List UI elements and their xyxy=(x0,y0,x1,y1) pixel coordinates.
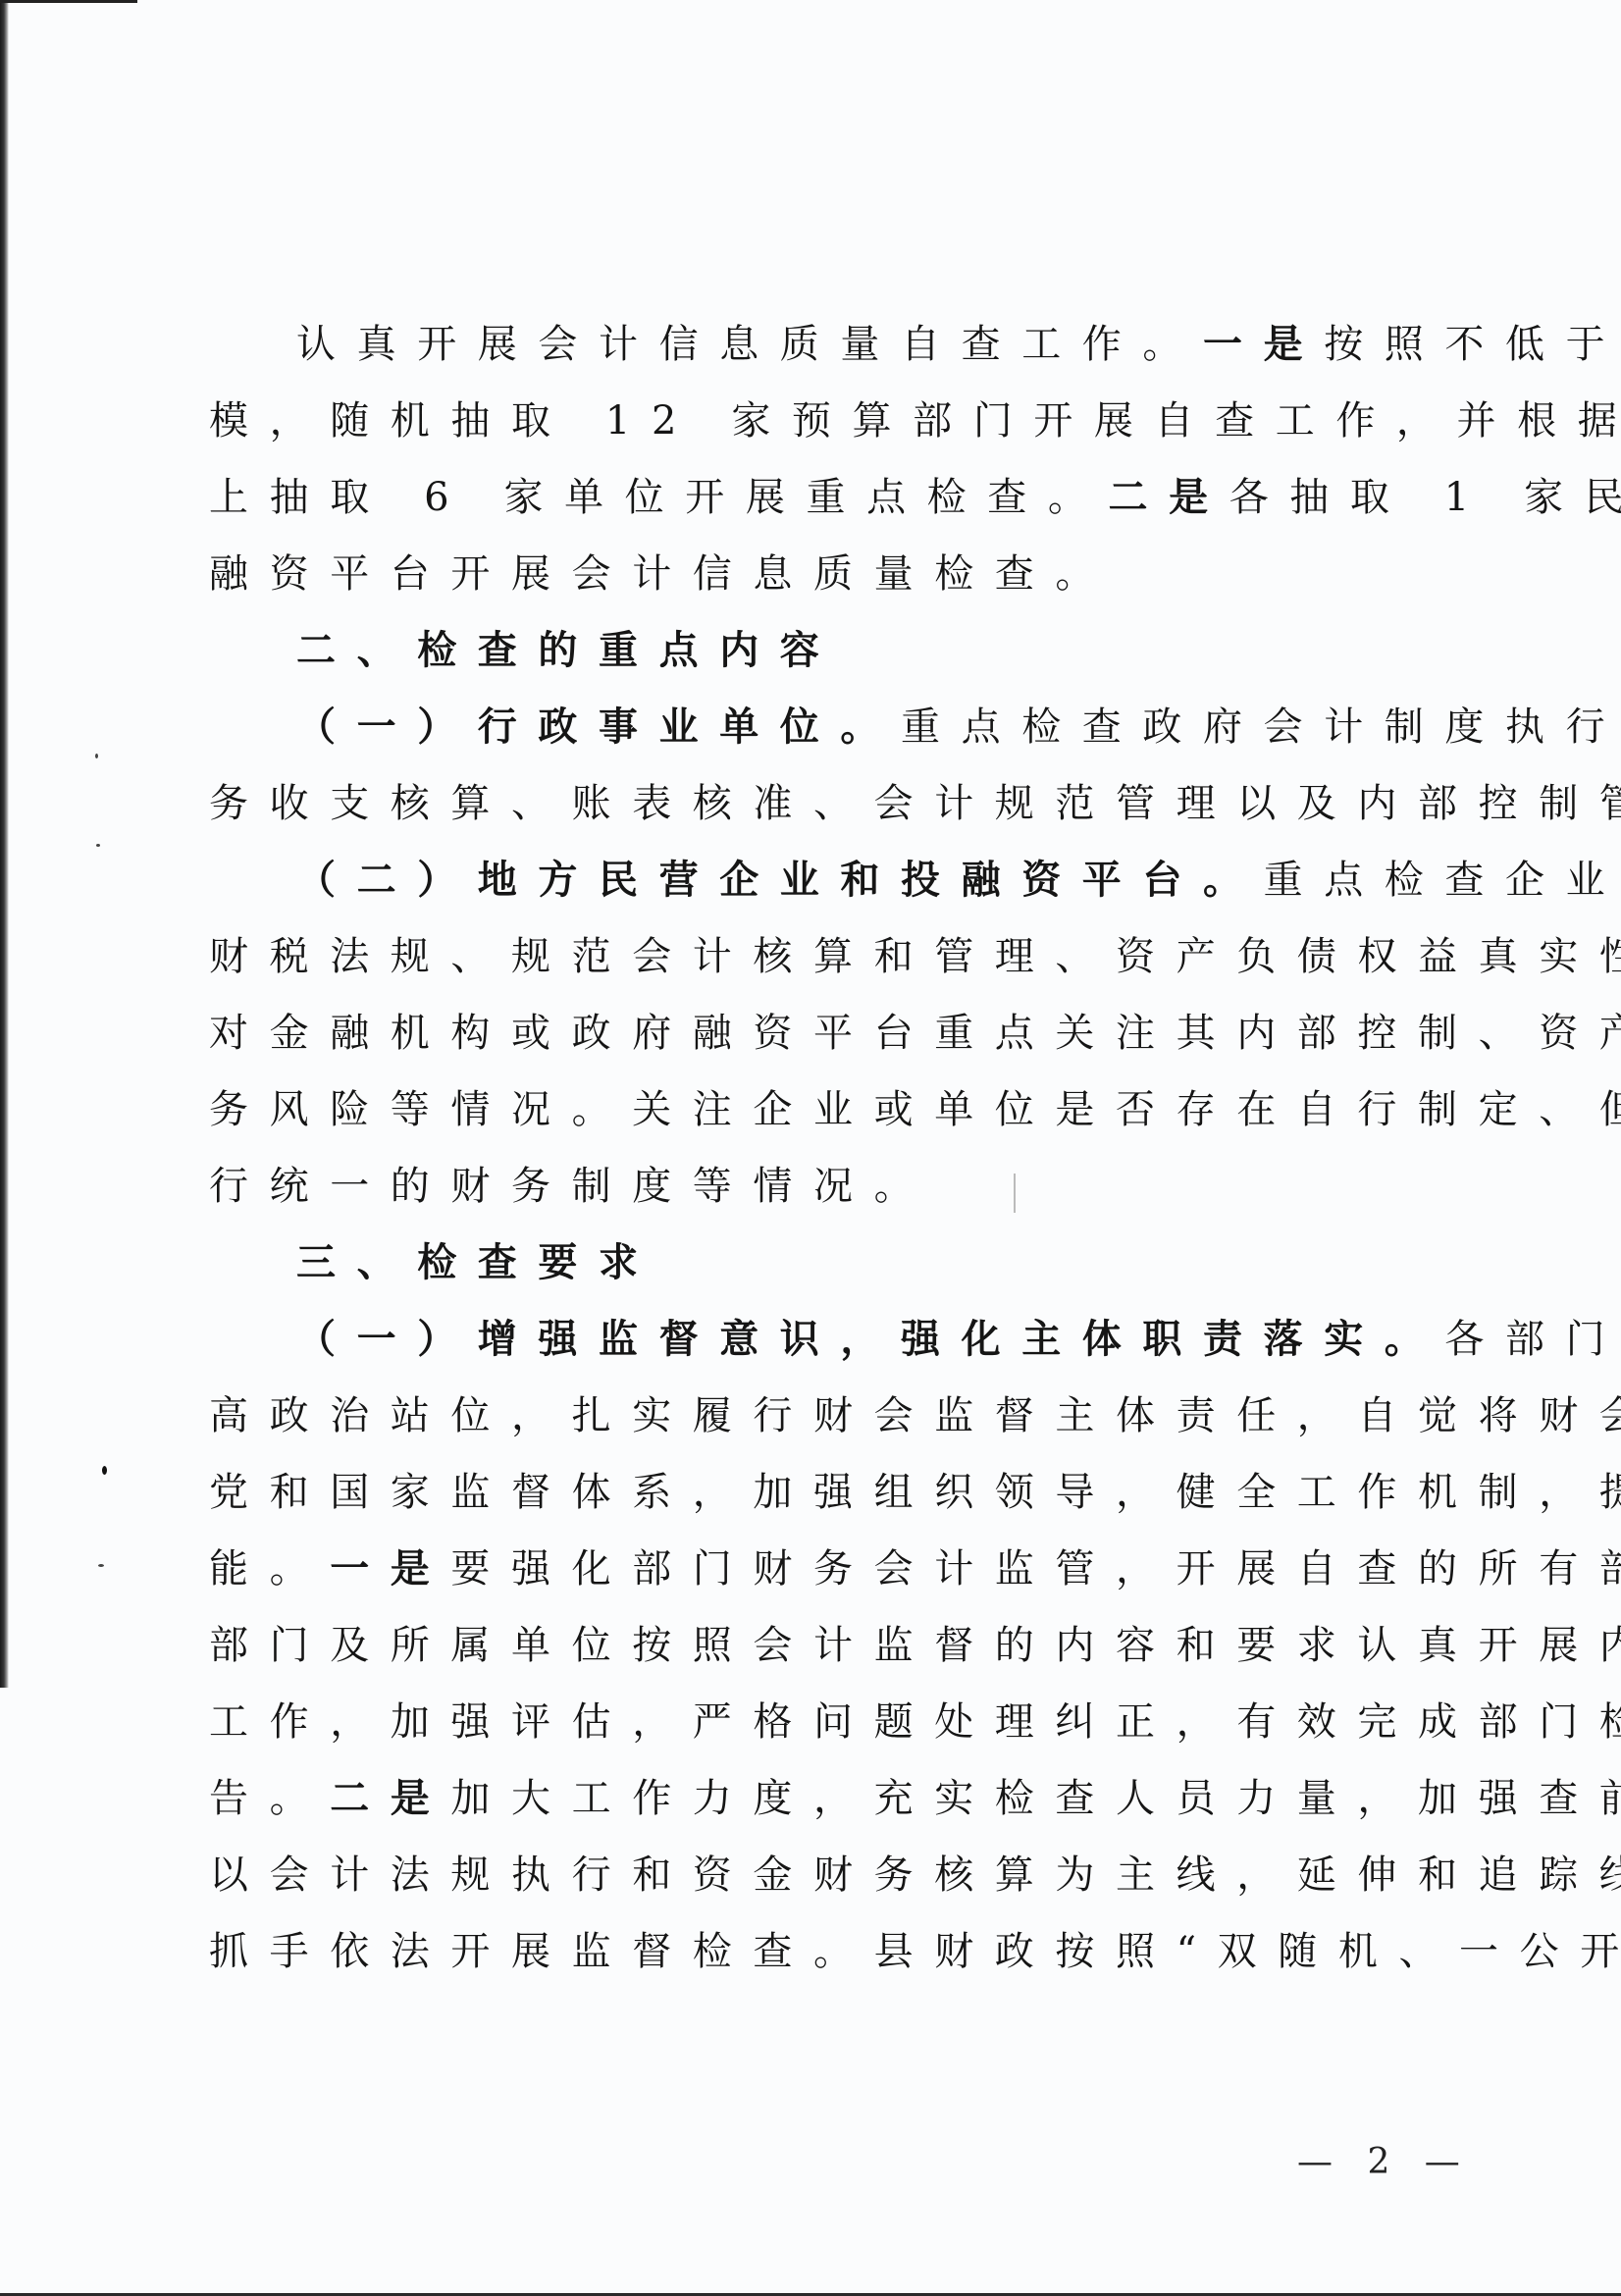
text-line: 以会计法规执行和资金财务核算为主线，延伸和追踪线索为重要 xyxy=(209,1837,1436,1913)
text-line: 党和国家监督体系，加强组织领导，健全工作机制，提升监督效 xyxy=(209,1454,1436,1531)
text-run: 按照不低于 15%的规 xyxy=(1324,322,1621,367)
text-run: 重点检查企业执行国家 xyxy=(1264,858,1621,903)
scan-speck xyxy=(102,1466,107,1475)
text-line: 务风险等情况。关注企业或单位是否存在自行制定、但不符合现 xyxy=(209,1071,1436,1148)
text-run: 重点检查政府会计制度执行情况、财 xyxy=(901,704,1621,750)
document-page: 认真开展会计信息质量自查工作。一是按照不低于 15%的规 模，随机抽取 12 家… xyxy=(209,306,1436,1990)
scan-speck xyxy=(95,754,98,758)
text-run: 认真开展会计信息质量自查工作。 xyxy=(296,322,1203,367)
text-run: 上抽取 6 家单位开展重点检查。 xyxy=(209,475,1108,520)
text-run: 各部门要切实提 xyxy=(1444,1317,1621,1362)
text-run: 告。 xyxy=(209,1776,330,1821)
emphasis-second: 二是 xyxy=(1108,475,1229,520)
text-line: 上抽取 6 家单位开展重点检查。二是各抽取 1 家民营企业和政府 xyxy=(209,459,1436,536)
text-line: 模，随机抽取 12 家预算部门开展自查工作，并根据自查的基础 xyxy=(209,383,1436,459)
text-line: 能。一是要强化部门财务会计监管，开展自查的所有部门要对本 xyxy=(209,1531,1436,1607)
item-title: （二）地方民营企业和投融资平台。 xyxy=(296,858,1264,903)
text-run: 各抽取 1 家民营企业和政府 xyxy=(1229,475,1621,520)
scan-speck xyxy=(96,844,100,847)
item-administrative-units: （一）行政事业单位。重点检查政府会计制度执行情况、财 务收支核算、账表核准、会计… xyxy=(209,689,1436,842)
text-run: 能。 xyxy=(209,1546,330,1592)
text-line: 部门及所属单位按照会计监督的内容和要求认真开展内部检查 xyxy=(209,1607,1436,1684)
item-supervision-awareness: （一）增强监督意识，强化主体职责落实。各部门要切实提 高政治站位，扎实履行财会监… xyxy=(209,1301,1436,1990)
paragraph-sampling: 认真开展会计信息质量自查工作。一是按照不低于 15%的规 模，随机抽取 12 家… xyxy=(209,306,1436,612)
text-line: 高政治站位，扎实履行财会监督主体责任，自觉将财会监督融入 xyxy=(209,1378,1436,1454)
emphasis-first: 一是 xyxy=(330,1546,450,1592)
item-title: （一）增强监督意识，强化主体职责落实。 xyxy=(296,1317,1444,1362)
emphasis-second: 二是 xyxy=(330,1776,450,1821)
text-line: 财税法规、规范会计核算和管理、资产负债权益真实性等情况。 xyxy=(209,918,1436,995)
item-private-enterprises: （二）地方民营企业和投融资平台。重点检查企业执行国家 财税法规、规范会计核算和管… xyxy=(209,842,1436,1225)
scan-edge-top xyxy=(0,0,137,3)
text-line: 认真开展会计信息质量自查工作。一是按照不低于 15%的规 xyxy=(209,306,1436,383)
text-line: 工作，加强评估，严格问题处理纠正，有效完成部门检查评估报 xyxy=(209,1684,1436,1760)
item-title: （一）行政事业单位。 xyxy=(296,704,901,750)
text-line: 融资平台开展会计信息质量检查。 xyxy=(209,536,1436,612)
text-line: 告。二是加大工作力度，充实检查人员力量，加强查前培训，要 xyxy=(209,1760,1436,1837)
text-line: 行统一的财务制度等情况。 xyxy=(209,1148,1436,1225)
text-line: 务收支核算、账表核准、会计规范管理以及内部控制管理等。 xyxy=(209,765,1436,842)
text-line: （二）地方民营企业和投融资平台。重点检查企业执行国家 xyxy=(209,842,1436,918)
page-number: — 2 — xyxy=(1297,2142,1472,2182)
text-line: 对金融机构或政府融资平台重点关注其内部控制、资产质量和债 xyxy=(209,995,1436,1071)
text-line: （一）增强监督意识，强化主体职责落实。各部门要切实提 xyxy=(209,1301,1436,1378)
scan-edge-left xyxy=(0,0,9,1688)
section-heading-key-content: 二、检查的重点内容 xyxy=(209,612,1436,689)
text-line: （一）行政事业单位。重点检查政府会计制度执行情况、财 xyxy=(209,689,1436,765)
text-line: 抓手依法开展监督检查。县财政按照“双随机、一公开”随机匹 xyxy=(209,1913,1436,1990)
scan-speck xyxy=(98,1564,104,1567)
text-run: 加大工作力度，充实检查人员力量，加强查前培训，要 xyxy=(450,1776,1621,1821)
section-heading-requirements: 三、检查要求 xyxy=(209,1225,1436,1301)
emphasis-first: 一是 xyxy=(1203,322,1324,367)
text-run: 要强化部门财务会计监管，开展自查的所有部门要对本 xyxy=(450,1546,1621,1592)
